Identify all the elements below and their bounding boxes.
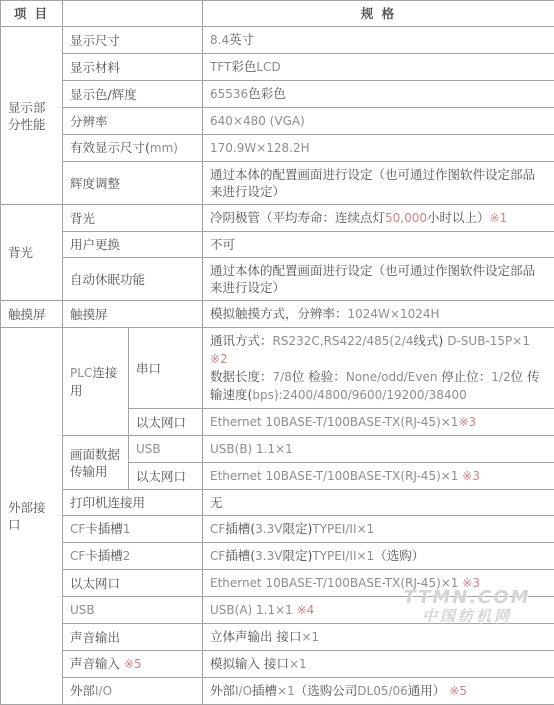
table-row: 以太网口 Ethernet 10BASE-T/100BASE-TX(RJ-45)… bbox=[1, 570, 554, 597]
row-value: 不可 bbox=[203, 232, 554, 258]
row-label: 用户更换 bbox=[63, 232, 203, 258]
category-cell-external-interface: 外部接口 bbox=[1, 328, 63, 705]
serial-spec-line2: 数据长度：7/8位 检验：None/odd/Even 停止位：1/2位 传输速度… bbox=[210, 368, 547, 404]
table-row: 外部接口 PLC连接用 串口 通讯方式：RS232C,RS422/485(2/4… bbox=[1, 328, 554, 409]
serial-spec-line1: 通讯方式：RS232C,RS422/485(2/4线式) D-SUB-15P×1… bbox=[210, 332, 547, 368]
row-value: Ethernet 10BASE-T/100BASE-TX(RJ-45)×1 ※3 bbox=[203, 463, 554, 490]
table-row: USB USB(A) 1.1×1 ※4 bbox=[1, 597, 554, 624]
row-value: CF插槽(3.3V限定)TYPEI/II×1 bbox=[203, 516, 554, 543]
row-value: 无 bbox=[203, 490, 554, 516]
category-cell-backlight: 背光 bbox=[1, 205, 63, 301]
table-row: 声音输入 ※5 模拟输入 接口×1 bbox=[1, 651, 554, 678]
row-value: 通过本体的配置画面进行设定（也可通过作图软件设定部品来进行设定） bbox=[203, 162, 554, 205]
table-row: 分辨率 640×480 (VGA) bbox=[1, 108, 554, 135]
row-value: 640×480 (VGA) bbox=[203, 108, 554, 135]
row-label: 触摸屏 bbox=[63, 301, 203, 328]
header-spec-cell: 规 格 bbox=[203, 1, 554, 27]
table-row: 自动休眠功能 通过本体的配置画面进行设定（也可通过作图软件设定部品来进行设定） bbox=[1, 258, 554, 301]
row-label: 自动休眠功能 bbox=[63, 258, 203, 301]
table-row: CF卡插槽1 CF插槽(3.3V限定)TYPEI/II×1 bbox=[1, 516, 554, 543]
table-row: CF卡插槽2 CF插槽(3.3V限定)TYPEI/II×1（选购） bbox=[1, 543, 554, 570]
row-value: 65536色彩色 bbox=[203, 81, 554, 108]
row-label: USB bbox=[63, 597, 203, 624]
row-value: 冷阴极管（平均寿命：连续点灯50,000小时以上）※1 bbox=[203, 205, 554, 232]
row-value: 立体声输出 接口×1 bbox=[203, 624, 554, 651]
table-row: 辉度调整 通过本体的配置画面进行设定（也可通过作图软件设定部品来进行设定） bbox=[1, 162, 554, 205]
row-label: 背光 bbox=[63, 205, 203, 232]
table-row: 有效显示尺寸(mm) 170.9W×128.2H bbox=[1, 135, 554, 162]
row-value: CF插槽(3.3V限定)TYPEI/II×1（选购） bbox=[203, 543, 554, 570]
header-item-cell: 项 目 bbox=[1, 1, 63, 27]
spec-page: 项 目 规 格 显示部分性能 显示尺寸 8.4英寸 显示材料 TFT彩色LCD … bbox=[0, 0, 554, 705]
table-row: 显示部分性能 显示尺寸 8.4英寸 bbox=[1, 27, 554, 54]
row-label: 辉度调整 bbox=[63, 162, 203, 205]
row-value: USB(B) 1.1×1 bbox=[203, 436, 554, 463]
row-value: Ethernet 10BASE-T/100BASE-TX(RJ-45)×1※3 bbox=[203, 409, 554, 436]
row-label: 有效显示尺寸(mm) bbox=[63, 135, 203, 162]
row-label: 以太网口 bbox=[129, 409, 203, 436]
category-cell-touchscreen: 触摸屏 bbox=[1, 301, 63, 328]
spec-table: 项 目 规 格 显示部分性能 显示尺寸 8.4英寸 显示材料 TFT彩色LCD … bbox=[0, 0, 554, 705]
table-row: 用户更换 不可 bbox=[1, 232, 554, 258]
row-value: Ethernet 10BASE-T/100BASE-TX(RJ-45)×1 ※3 bbox=[203, 570, 554, 597]
table-row: 背光 背光 冷阴极管（平均寿命：连续点灯50,000小时以上）※1 bbox=[1, 205, 554, 232]
table-row: 外部I/O 外部I/O插槽×1（选购公司DL05/06通用） ※5 bbox=[1, 678, 554, 705]
table-row: 画面数据传输用 USB USB(B) 1.1×1 bbox=[1, 436, 554, 463]
header-subitem-cell bbox=[63, 1, 203, 27]
row-value: TFT彩色LCD bbox=[203, 54, 554, 81]
row-label: USB bbox=[129, 436, 203, 463]
table-row: 触摸屏 触摸屏 模拟触摸方式，分辨率：1024W×1024H bbox=[1, 301, 554, 328]
subcategory-cell-plc: PLC连接用 bbox=[63, 328, 129, 436]
row-value: 通过本体的配置画面进行设定（也可通过作图软件设定部品来进行设定） bbox=[203, 258, 554, 301]
row-label: 以太网口 bbox=[63, 570, 203, 597]
row-label: 显示材料 bbox=[63, 54, 203, 81]
table-row: 显示色/辉度 65536色彩色 bbox=[1, 81, 554, 108]
row-value: 通讯方式：RS232C,RS422/485(2/4线式) D-SUB-15P×1… bbox=[203, 328, 554, 409]
row-value: 模拟触摸方式，分辨率：1024W×1024H bbox=[203, 301, 554, 328]
row-value: 170.9W×128.2H bbox=[203, 135, 554, 162]
table-row: 声音输出 立体声输出 接口×1 bbox=[1, 624, 554, 651]
table-header-row: 项 目 规 格 bbox=[1, 1, 554, 27]
row-label: 显示色/辉度 bbox=[63, 81, 203, 108]
row-label: 打印机连接用 bbox=[63, 490, 203, 516]
row-label: 串口 bbox=[129, 328, 203, 409]
row-label: 以太网口 bbox=[129, 463, 203, 490]
table-row: 打印机连接用 无 bbox=[1, 490, 554, 516]
table-row: 显示材料 TFT彩色LCD bbox=[1, 54, 554, 81]
row-label: 外部I/O bbox=[63, 678, 203, 705]
row-label: CF卡插槽2 bbox=[63, 543, 203, 570]
row-label: 分辨率 bbox=[63, 108, 203, 135]
row-value: 8.4英寸 bbox=[203, 27, 554, 54]
row-label: 声音输出 bbox=[63, 624, 203, 651]
subcategory-cell-screen-data-transfer: 画面数据传输用 bbox=[63, 436, 129, 490]
row-value: 模拟输入 接口×1 bbox=[203, 651, 554, 678]
row-label: 显示尺寸 bbox=[63, 27, 203, 54]
row-value: 外部I/O插槽×1（选购公司DL05/06通用） ※5 bbox=[203, 678, 554, 705]
row-label: CF卡插槽1 bbox=[63, 516, 203, 543]
category-cell-display-performance: 显示部分性能 bbox=[1, 27, 63, 205]
row-value: USB(A) 1.1×1 ※4 bbox=[203, 597, 554, 624]
row-label: 声音输入 ※5 bbox=[63, 651, 203, 678]
